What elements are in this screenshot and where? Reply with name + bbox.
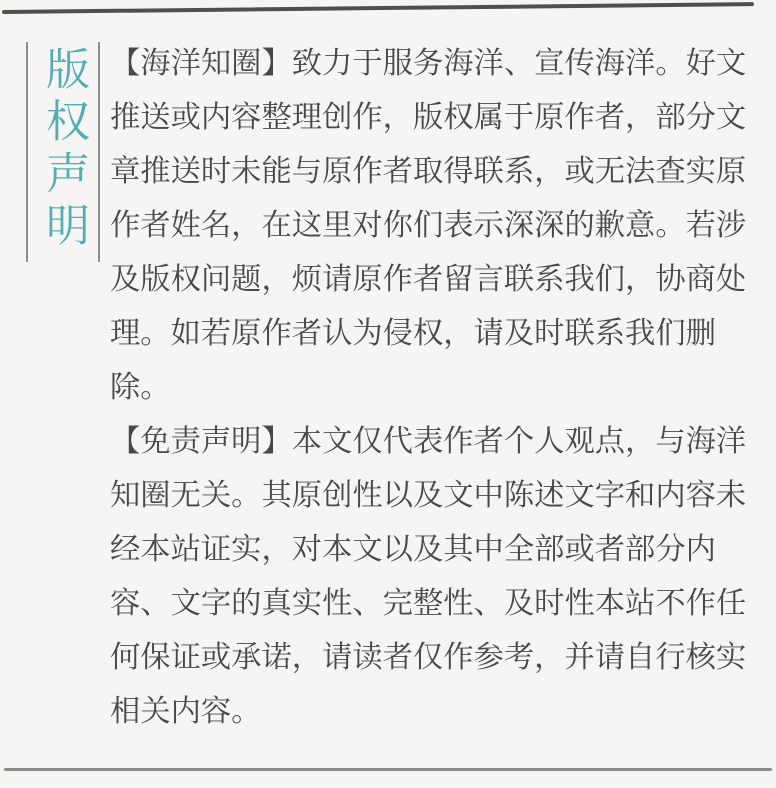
top-divider (2, 2, 754, 13)
text-line: 推送或内容整理创作，版权属于原作者，部分文 (110, 91, 762, 145)
text-line: 作者姓名，在这里对你们表示深深的歉意。若涉 (110, 199, 762, 253)
text-line: 除。 (110, 361, 762, 415)
text-line: 【海洋知圈】致力于服务海洋、宣传海洋。好文 (110, 37, 762, 91)
text-line: 何保证或承诺，请读者仅作参考，并请自行核实 (110, 631, 762, 685)
text-line: 章推送时未能与原作者取得联系，或无法查实原 (110, 145, 762, 199)
text-line: 【免责声明】本文仅代表作者个人观点，与海洋 (110, 415, 762, 469)
text-line: 相关内容。 (110, 685, 762, 739)
disclaimer-paragraph: 【免责声明】本文仅代表作者个人观点，与海洋 知圈无关。其原创性以及文中陈述文字和… (110, 415, 762, 739)
text-line: 容、文字的真实性、完整性、及时性本站不作任 (110, 577, 762, 631)
text-line: 知圈无关。其原创性以及文中陈述文字和内容未 (110, 469, 762, 523)
copyright-label: 版权声明 (41, 46, 85, 254)
text-line: 理。如若原作者认为侵权，请及时联系我们删 (110, 307, 762, 361)
bottom-divider (4, 768, 772, 771)
text-line: 经本站证实，对本文以及其中全部或者部分内 (110, 523, 762, 577)
sidebar-right-rule (98, 42, 100, 262)
copyright-notice-image: 版权声明 【海洋知圈】致力于服务海洋、宣传海洋。好文 推送或内容整理创作，版权属… (0, 0, 776, 788)
text-line: 及版权问题，烦请原作者留言联系我们，协商处 (110, 253, 762, 307)
copyright-paragraph: 【海洋知圈】致力于服务海洋、宣传海洋。好文 推送或内容整理创作，版权属于原作者，… (110, 37, 762, 415)
notice-text: 【海洋知圈】致力于服务海洋、宣传海洋。好文 推送或内容整理创作，版权属于原作者，… (110, 37, 762, 739)
sidebar-left-rule (26, 42, 28, 262)
